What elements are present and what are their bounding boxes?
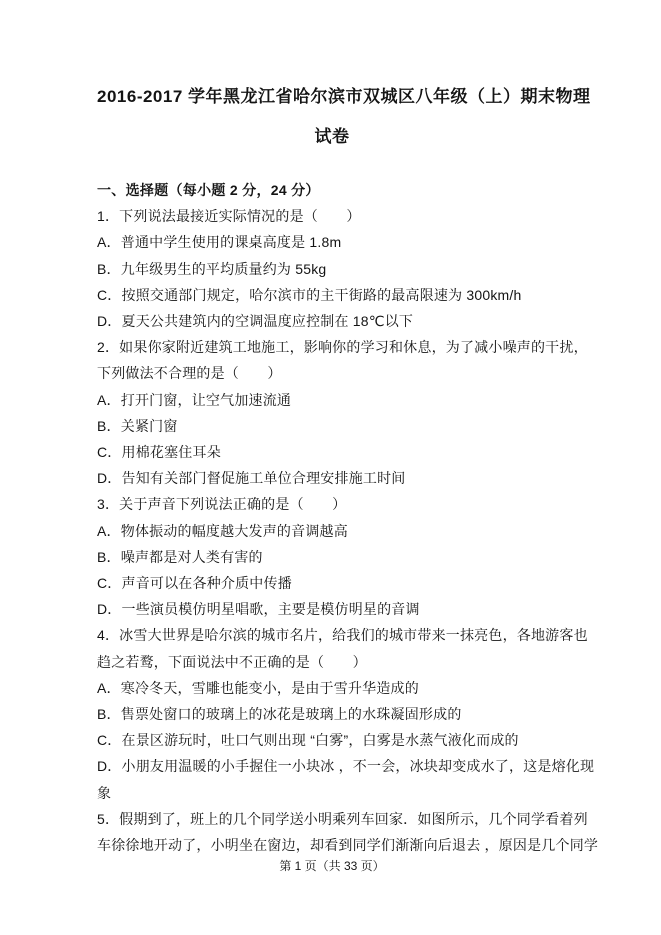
question-4-option-a: A．寒冷冬天，雪雕也能变小，是由于雪升华造成的 [97,675,567,701]
document-title: 2016-2017 学年黑龙江省哈尔滨市双城区八年级（上）期末物理 试卷 [97,77,567,157]
question-list: 1．下列说法最接近实际情况的是（ ） A．普通中学生使用的课桌高度是 1.8m … [97,203,567,858]
question-1-stem: 1．下列说法最接近实际情况的是（ ） [97,203,567,229]
exam-page: 2016-2017 学年黑龙江省哈尔滨市双城区八年级（上）期末物理 试卷 一、选… [0,0,661,935]
question-3-option-b: B．噪声都是对人类有害的 [97,544,567,570]
page-footer: 第 1 页（共 33 页） [97,859,567,873]
question-3-option-d: D．一些演员模仿明星唱歌，主要是模仿明星的音调 [97,596,567,622]
question-4-stem: 4．冰雪大世界是哈尔滨的城市名片，给我们的城市带来一抹亮色，各地游客也 趋之若鹜… [97,622,567,674]
question-2-option-b: B．关紧门窗 [97,413,567,439]
question-3-option-c: C．声音可以在各种介质中传播 [97,570,567,596]
question-5: 5．假期到了，班上的几个同学送小明乘列车回家．如图所示，几个同学看着列 车徐徐地… [97,806,567,858]
question-2: 2．如果你家附近建筑工地施工，影响你的学习和休息，为了减小噪声的干扰， 下列做法… [97,334,567,491]
question-1-option-b: B．九年级男生的平均质量约为 55kg [97,256,567,282]
question-1-option-a: A．普通中学生使用的课桌高度是 1.8m [97,229,567,255]
question-4-option-c: C．在景区游玩时，吐口气则出现 “白雾”，白雾是水蒸气液化而成的 [97,727,567,753]
page-content: 2016-2017 学年黑龙江省哈尔滨市双城区八年级（上）期末物理 试卷 一、选… [97,0,567,873]
question-1: 1．下列说法最接近实际情况的是（ ） A．普通中学生使用的课桌高度是 1.8m … [97,203,567,334]
question-3: 3．关于声音下列说法正确的是（ ） A．物体振动的幅度越大发声的音调越高 B．噪… [97,491,567,622]
section-heading: 一、选择题（每小题 2 分，24 分） [97,177,567,203]
document-title-line-2: 试卷 [97,117,567,157]
question-2-option-a: A．打开门窗，让空气加速流通 [97,387,567,413]
question-1-option-d: D．夏天公共建筑内的空调温度应控制在 18℃以下 [97,308,567,334]
question-3-option-a: A．物体振动的幅度越大发声的音调越高 [97,518,567,544]
question-4-option-b: B．售票处窗口的玻璃上的冰花是玻璃上的水珠凝固形成的 [97,701,567,727]
question-3-stem: 3．关于声音下列说法正确的是（ ） [97,491,567,517]
document-title-line-1: 2016-2017 学年黑龙江省哈尔滨市双城区八年级（上）期末物理 [97,77,567,117]
question-2-option-d: D．告知有关部门督促施工单位合理安排施工时间 [97,465,567,491]
question-2-option-c: C．用棉花塞住耳朵 [97,439,567,465]
question-4-option-d: D．小朋友用温暖的小手握住一小块冰 ，不一会，冰块却变成水了，这是熔化现 象 [97,753,567,805]
question-1-option-c: C．按照交通部门规定，哈尔滨市的主干街路的最高限速为 300km/h [97,282,567,308]
question-4: 4．冰雪大世界是哈尔滨的城市名片，给我们的城市带来一抹亮色，各地游客也 趋之若鹜… [97,622,567,805]
question-5-stem: 5．假期到了，班上的几个同学送小明乘列车回家．如图所示，几个同学看着列 车徐徐地… [97,806,567,858]
question-2-stem: 2．如果你家附近建筑工地施工，影响你的学习和休息，为了减小噪声的干扰， 下列做法… [97,334,567,386]
